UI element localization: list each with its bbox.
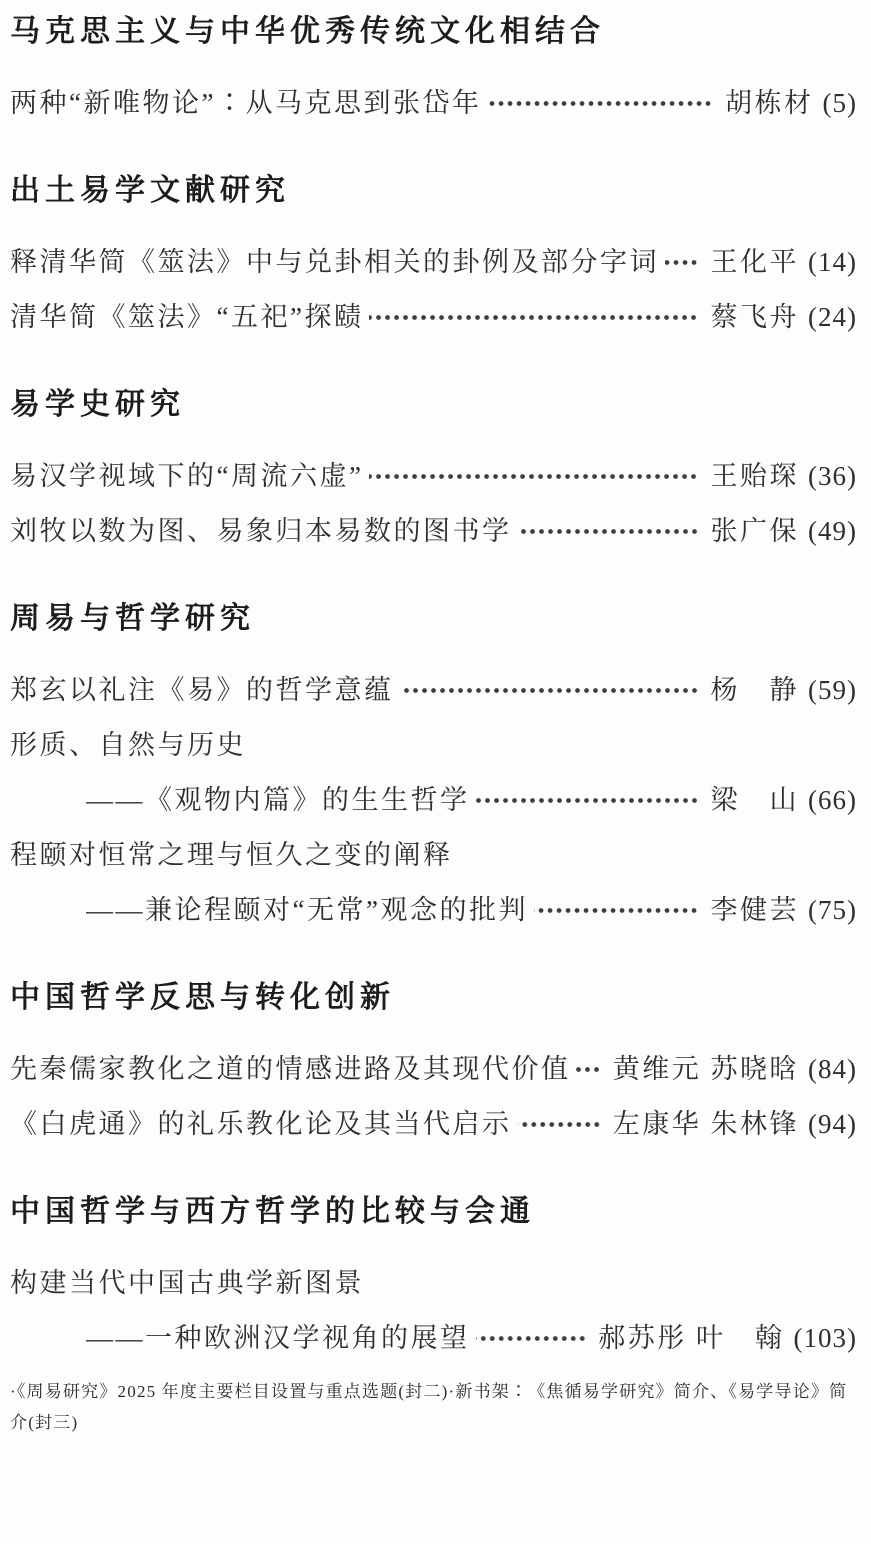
- article-author: 王贻琛: [711, 459, 800, 493]
- article-title: 郑玄以礼注《易》的哲学意蕴: [10, 673, 394, 707]
- article-author: 杨 静: [711, 673, 800, 707]
- article-title: 《白虎通》的礼乐教化论及其当代启示: [10, 1107, 512, 1141]
- toc-section-excavated-yixue-documents: 出土易学文献研究 释清华简《筮法》中与兑卦相关的卦例及部分字词 王化平 (14)…: [10, 173, 857, 334]
- article-title: 先秦儒家教化之道的情感进路及其现代价值: [10, 1052, 569, 1086]
- toc-entry: 先秦儒家教化之道的情感进路及其现代价值 黄维元 苏晓晗 (84): [10, 1052, 857, 1086]
- article-title: 刘牧以数为图、易象归本易数的图书学: [10, 514, 512, 548]
- toc-section-yixue-history: 易学史研究 易汉学视域下的“周流六虚” 王贻琛 (36) 刘牧以数为图、易象归本…: [10, 387, 857, 548]
- article-author: 左康华 朱林锋: [613, 1107, 799, 1141]
- article-author: 郝苏彤 叶 翰: [598, 1321, 784, 1355]
- dotted-leader: [476, 792, 699, 809]
- toc-entry: 郑玄以礼注《易》的哲学意蕴 杨 静 (59): [10, 673, 857, 707]
- toc-entry-line: 刘牧以数为图、易象归本易数的图书学 张广保 (49): [10, 514, 857, 548]
- toc-entry: 刘牧以数为图、易象归本易数的图书学 张广保 (49): [10, 514, 857, 548]
- article-subtitle: ——一种欧洲汉学视角的展望: [86, 1321, 470, 1355]
- toc-entry-line: 郑玄以礼注《易》的哲学意蕴 杨 静 (59): [10, 673, 857, 707]
- toc-entry-line: 形质、自然与历史: [10, 728, 857, 762]
- dotted-leader: [518, 1116, 601, 1133]
- dotted-leader: [400, 682, 699, 699]
- toc-entry: 易汉学视域下的“周流六虚” 王贻琛 (36): [10, 459, 857, 493]
- article-subtitle: ——《观物内篇》的生生哲学: [86, 783, 470, 817]
- toc-entry: 程颐对恒常之理与恒久之变的阐释 ——兼论程颐对“无常”观念的批判 李健芸 (75…: [10, 838, 857, 927]
- dotted-leader: [476, 1330, 587, 1347]
- article-page-number: (5): [823, 86, 857, 120]
- article-title: 程颐对恒常之理与恒久之变的阐释: [10, 838, 453, 872]
- toc-entry-line: 清华简《筮法》“五祀”探赜 蔡飞舟 (24): [10, 300, 857, 334]
- section-heading: 出土易学文献研究: [10, 173, 857, 209]
- article-title: 清华简《筮法》“五祀”探赜: [10, 300, 363, 334]
- toc-entry-subtitle-line: ——一种欧洲汉学视角的展望 郝苏彤 叶 翰 (103): [10, 1321, 857, 1355]
- toc-section-china-west-comparison: 中国哲学与西方哲学的比较与会通 构建当代中国古典学新图景 ——一种欧洲汉学视角的…: [10, 1194, 857, 1355]
- dotted-leader: [665, 254, 699, 271]
- section-heading: 中国哲学反思与转化创新: [10, 980, 857, 1016]
- article-page-number: (103): [794, 1321, 857, 1355]
- toc-entry-subtitle-line: ——《观物内篇》的生生哲学 梁 山 (66): [10, 783, 857, 817]
- toc-entry-line: 先秦儒家教化之道的情感进路及其现代价值 黄维元 苏晓晗 (84): [10, 1052, 857, 1086]
- article-author: 张广保: [711, 514, 800, 548]
- toc-section-marxism: 马克思主义与中华优秀传统文化相结合 两种“新唯物论”∶从马克思到张岱年 胡栋材 …: [10, 14, 857, 120]
- toc-entry-line: 构建当代中国古典学新图景: [10, 1266, 857, 1300]
- article-page-number: (59): [808, 673, 857, 707]
- article-page-number: (24): [808, 300, 857, 334]
- article-author: 梁 山: [711, 783, 800, 817]
- toc-entry: 释清华简《筮法》中与兑卦相关的卦例及部分字词 王化平 (14): [10, 245, 857, 279]
- toc-section-zhouyi-philosophy: 周易与哲学研究 郑玄以礼注《易》的哲学意蕴 杨 静 (59) 形质、自然与历史 …: [10, 601, 857, 927]
- toc-entry-subtitle-line: ——兼论程颐对“无常”观念的批判 李健芸 (75): [10, 893, 857, 927]
- dotted-leader: [369, 468, 698, 485]
- article-title: 释清华简《筮法》中与兑卦相关的卦例及部分字词: [10, 245, 659, 279]
- journal-toc-page: 马克思主义与中华优秀传统文化相结合 两种“新唯物论”∶从马克思到张岱年 胡栋材 …: [0, 0, 871, 1544]
- article-page-number: (36): [808, 459, 857, 493]
- toc-entry: 两种“新唯物论”∶从马克思到张岱年 胡栋材 (5): [10, 86, 857, 120]
- toc-entry-line: 易汉学视域下的“周流六虚” 王贻琛 (36): [10, 459, 857, 493]
- toc-entry-line: 释清华简《筮法》中与兑卦相关的卦例及部分字词 王化平 (14): [10, 245, 857, 279]
- dotted-leader: [518, 523, 699, 540]
- toc-entry: 构建当代中国古典学新图景 ——一种欧洲汉学视角的展望 郝苏彤 叶 翰 (103): [10, 1266, 857, 1355]
- article-title: 两种“新唯物论”∶从马克思到张岱年: [10, 86, 481, 120]
- section-heading: 马克思主义与中华优秀传统文化相结合: [10, 14, 857, 50]
- dotted-leader: [369, 309, 698, 326]
- dotted-leader: [534, 902, 699, 919]
- article-page-number: (84): [808, 1052, 857, 1086]
- article-author: 王化平: [711, 245, 800, 279]
- toc-entry: 清华简《筮法》“五祀”探赜 蔡飞舟 (24): [10, 300, 857, 334]
- article-author: 蔡飞舟: [711, 300, 800, 334]
- section-heading: 中国哲学与西方哲学的比较与会通: [10, 1194, 857, 1230]
- article-page-number: (66): [808, 783, 857, 817]
- article-subtitle: ——兼论程颐对“无常”观念的批判: [86, 893, 528, 927]
- toc-entry-line: 两种“新唯物论”∶从马克思到张岱年 胡栋材 (5): [10, 86, 857, 120]
- article-author: 李健芸: [711, 893, 800, 927]
- article-title: 构建当代中国古典学新图景: [10, 1266, 364, 1300]
- toc-entry-line: 《白虎通》的礼乐教化论及其当代启示 左康华 朱林锋 (94): [10, 1107, 857, 1141]
- toc-entry: 形质、自然与历史 ——《观物内篇》的生生哲学 梁 山 (66): [10, 728, 857, 817]
- article-title: 易汉学视域下的“周流六虚”: [10, 459, 363, 493]
- article-author: 胡栋材: [725, 86, 814, 120]
- article-page-number: (75): [808, 893, 857, 927]
- toc-section-chinese-philosophy-reflection: 中国哲学反思与转化创新 先秦儒家教化之道的情感进路及其现代价值 黄维元 苏晓晗 …: [10, 980, 857, 1141]
- dotted-leader: [575, 1061, 601, 1078]
- toc-entry-line: 程颐对恒常之理与恒久之变的阐释: [10, 838, 857, 872]
- article-page-number: (49): [808, 514, 857, 548]
- section-heading: 易学史研究: [10, 387, 857, 423]
- toc-footnote: ·《周易研究》2025 年度主要栏目设置与重点选题(封二)·新书架∶《焦循易学研…: [10, 1376, 857, 1438]
- article-page-number: (94): [808, 1107, 857, 1141]
- dotted-leader: [487, 95, 713, 112]
- article-author: 黄维元 苏晓晗: [613, 1052, 799, 1086]
- article-page-number: (14): [808, 245, 857, 279]
- section-heading: 周易与哲学研究: [10, 601, 857, 637]
- article-title: 形质、自然与历史: [10, 728, 246, 762]
- toc-entry: 《白虎通》的礼乐教化论及其当代启示 左康华 朱林锋 (94): [10, 1107, 857, 1141]
